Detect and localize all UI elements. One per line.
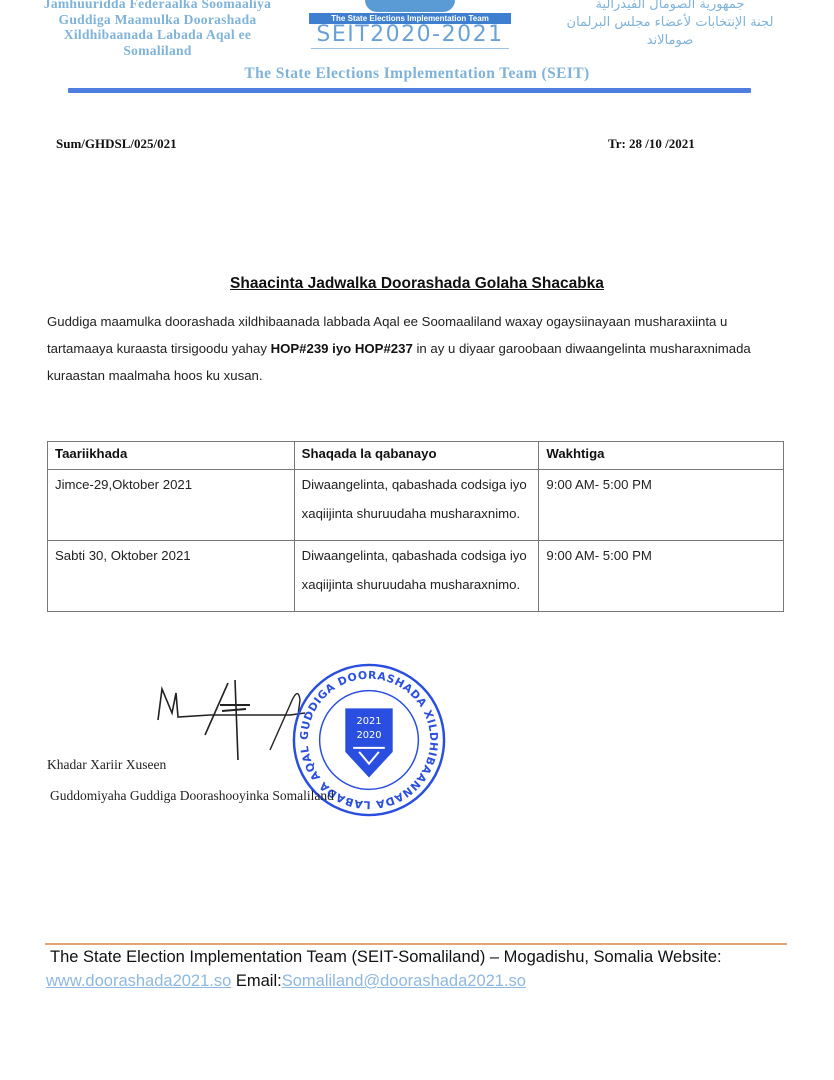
ballot-box-icon <box>365 0 455 12</box>
cell-activity: Diwaangelinta, qabashada codsiga iyo xaq… <box>294 470 539 541</box>
logo-rule <box>311 48 509 49</box>
column-header-time: Wakhtiga <box>539 442 784 470</box>
cell-time: 9:00 AM- 5:00 PM <box>539 541 784 612</box>
header-left-line: Somaliland <box>0 43 315 59</box>
footer-divider <box>45 943 787 945</box>
paragraph-seat-numbers: HOP#239 iyo HOP#237 <box>271 341 413 356</box>
header-right-line: صومالاند <box>520 32 820 50</box>
signatory-role: Guddomiyaha Guddiga Doorashooyinka Somal… <box>50 788 334 804</box>
schedule-table: Taariikhada Shaqada la qabanayo Wakhtiga… <box>47 441 784 612</box>
cell-date: Sabti 30, Oktober 2021 <box>48 541 295 612</box>
header-left-line: Xildhibaanada Labada Aqal ee <box>0 27 315 43</box>
column-header-activity: Shaqada la qabanayo <box>294 442 539 470</box>
logo-text: SEIT2020-2021 <box>305 22 515 48</box>
document-date: Tr: 28 /10 /2021 <box>608 136 695 152</box>
header-right-line: لجنة الإنتخابات لأعضاء مجلس البرلمان <box>520 14 820 32</box>
header-right-line: جمهورية الصومال الفيدرالية <box>520 0 820 14</box>
signatory-name: Khadar Xariir Xuseen <box>47 757 166 773</box>
document-title: Shaacinta Jadwalka Doorashada Golaha Sha… <box>0 275 834 293</box>
header-subtitle: The State Elections Implementation Team … <box>0 65 834 83</box>
header-divider <box>68 88 751 93</box>
header-arabic-org-name: جمهورية الصومال الفيدرالية لجنة الإنتخاب… <box>520 0 820 50</box>
stamp-year-1: 2021 <box>356 716 381 727</box>
header-left-line: Jamhuuridda Federaalka Soomaaliya <box>0 0 315 12</box>
cell-date: Jimce-29,Oktober 2021 <box>48 470 295 541</box>
table-header-row: Taariikhada Shaqada la qabanayo Wakhtiga <box>48 442 784 470</box>
header-somali-org-name: Jamhuuridda Federaalka Soomaaliya Guddig… <box>0 0 315 58</box>
column-header-date: Taariikhada <box>48 442 295 470</box>
table-row: Sabti 30, Oktober 2021 Diwaangelinta, qa… <box>48 541 784 612</box>
reference-number: Sum/GHDSL/025/021 <box>56 136 177 152</box>
stamp-year-2: 2020 <box>356 730 381 741</box>
footer-contact: www.doorashada2021.so Email:Somaliland@d… <box>46 972 526 991</box>
email-link[interactable]: Somaliland@doorashada2021.so <box>282 972 526 990</box>
website-link[interactable]: www.doorashada2021.so <box>46 972 231 990</box>
seit-logo: The State Elections Implementation Team … <box>305 0 515 50</box>
cell-time: 9:00 AM- 5:00 PM <box>539 470 784 541</box>
cell-activity: Diwaangelinta, qabashada codsiga iyo xaq… <box>294 541 539 612</box>
footer-organization: The State Election Implementation Team (… <box>50 948 722 967</box>
body-paragraph: Guddiga maamulka doorashada xildhibaanad… <box>47 308 787 389</box>
header-left-line: Guddiga Maamulka Doorashada <box>0 12 315 28</box>
email-label: Email: <box>231 972 281 990</box>
table-row: Jimce-29,Oktober 2021 Diwaangelinta, qab… <box>48 470 784 541</box>
